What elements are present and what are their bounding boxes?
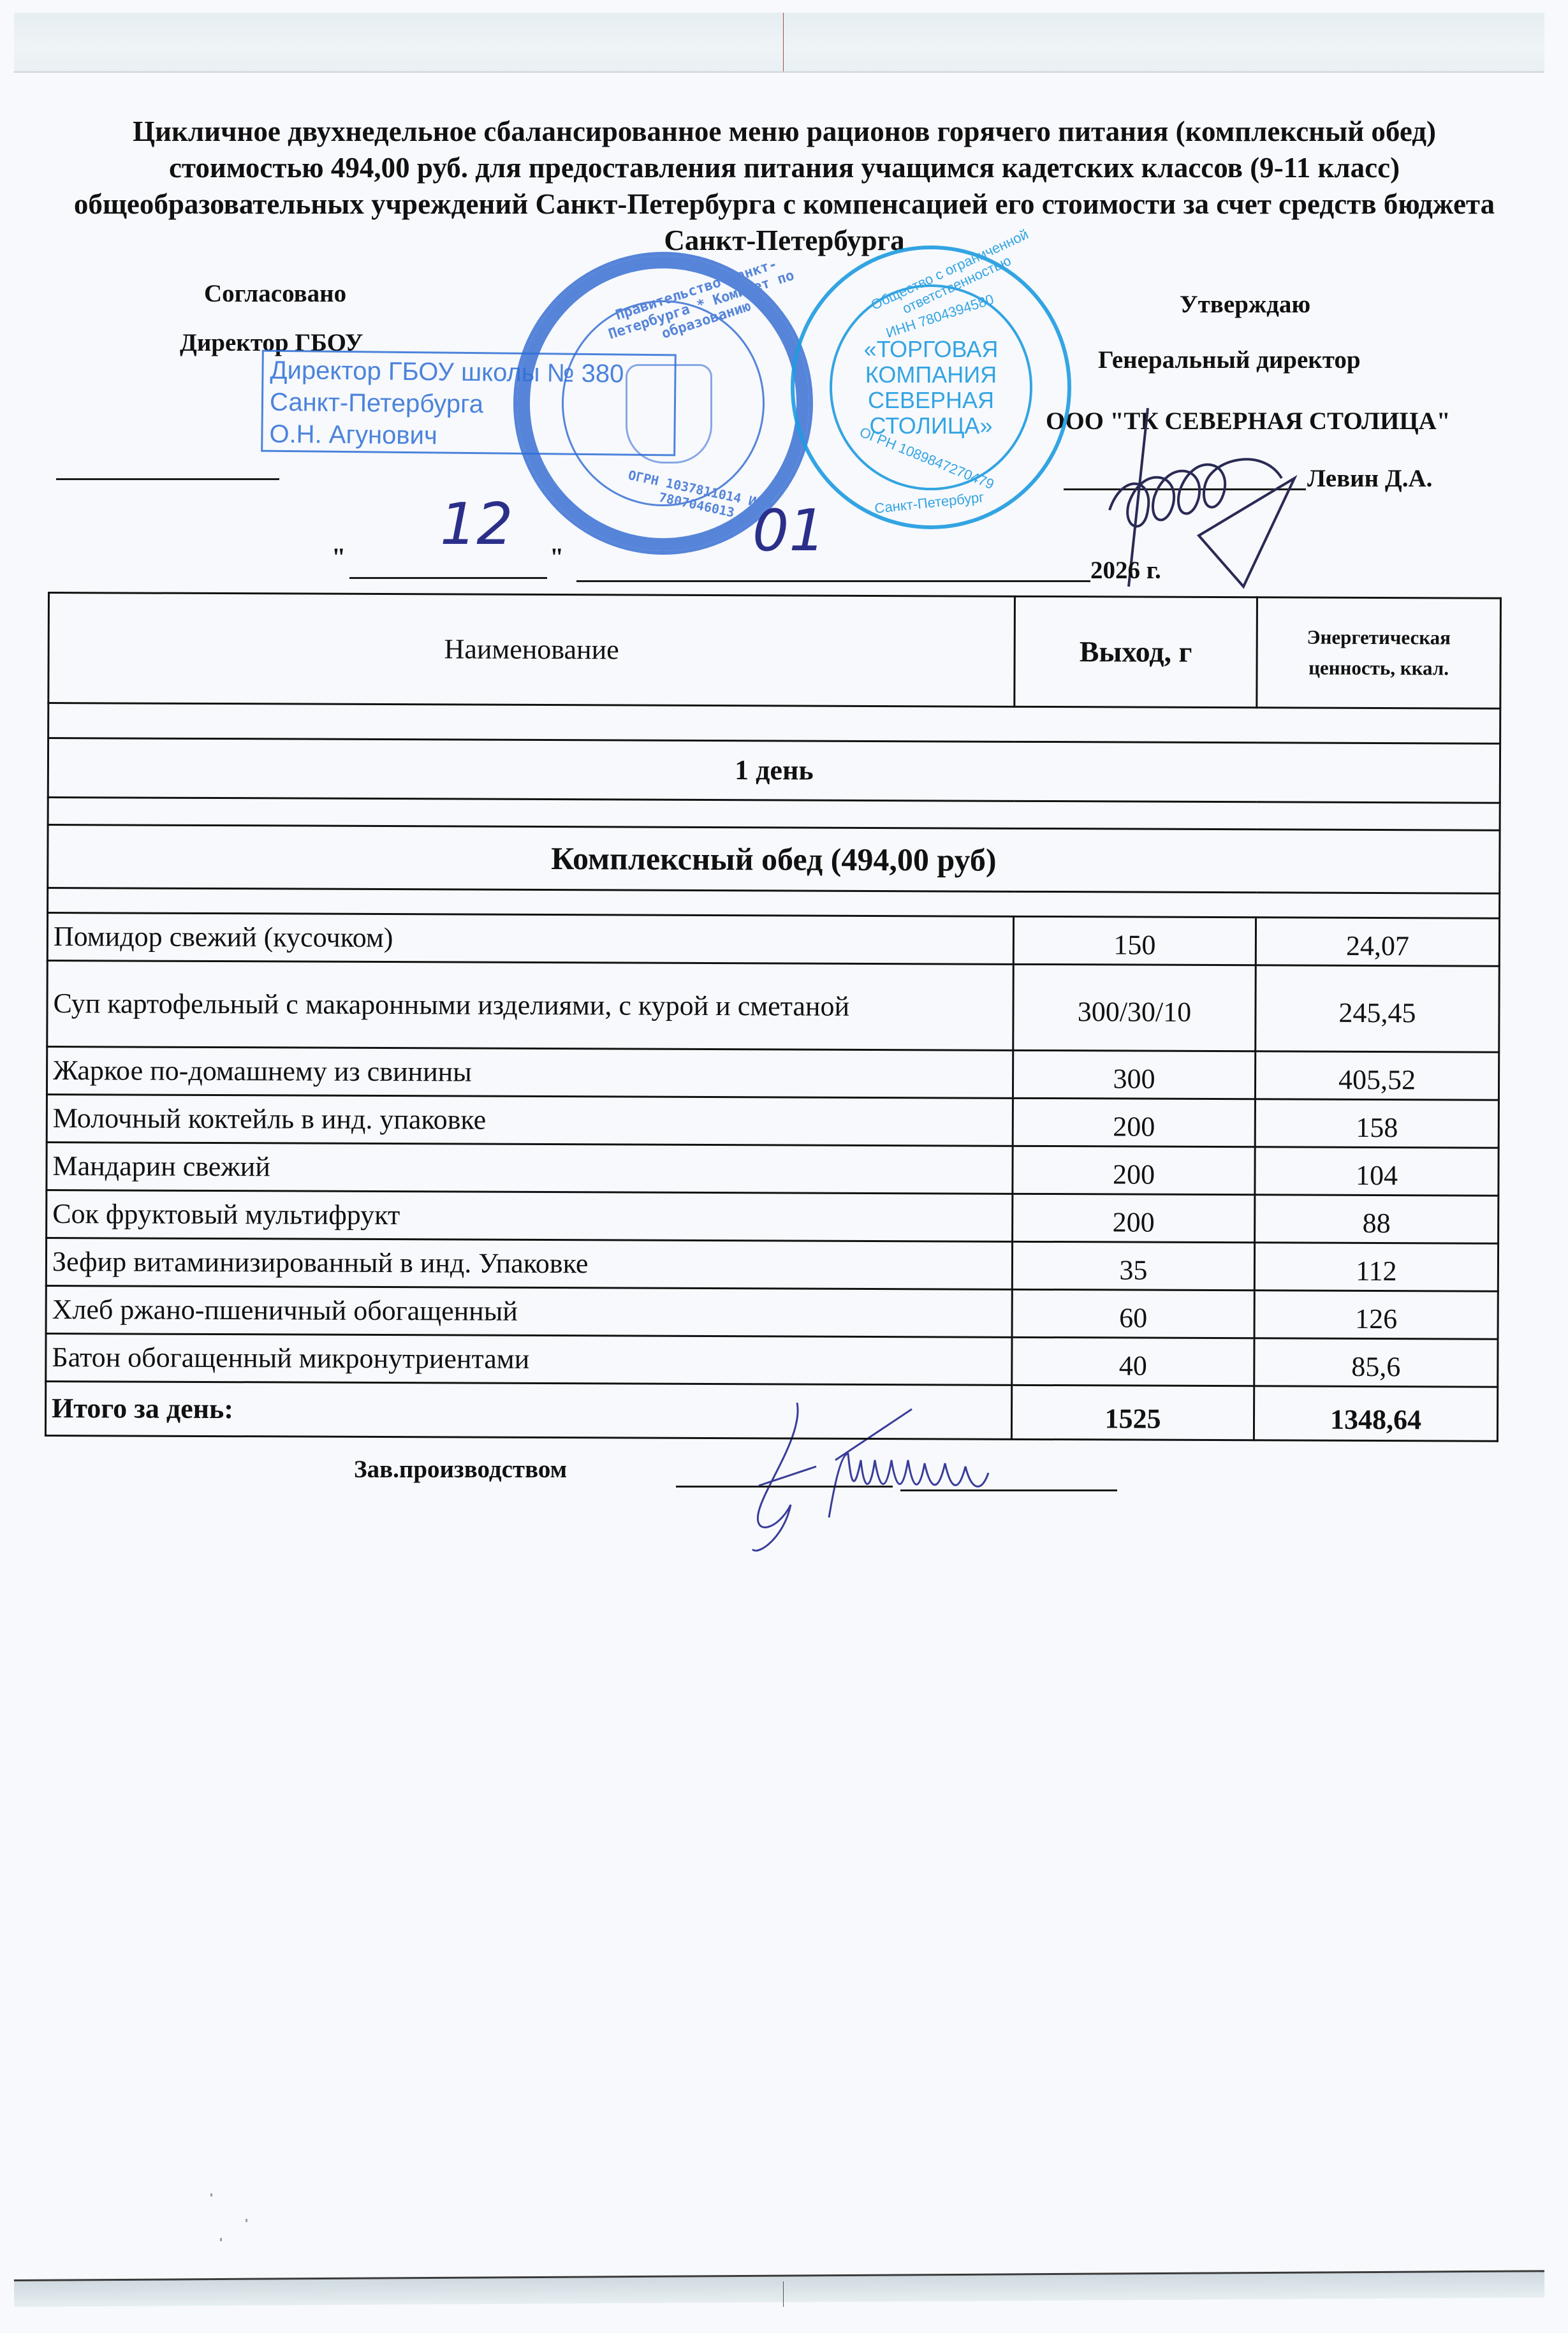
total-label: Итого за день:: [45, 1381, 1011, 1439]
approval-right-heading: Утверждаю: [1180, 290, 1310, 319]
stamp-line-2: Санкт-Петербурга: [270, 386, 668, 423]
header-energy: Энергетическая ценность, ккал.: [1257, 597, 1501, 708]
approval-left-heading: Согласовано: [204, 279, 346, 308]
scan-speck: [245, 2219, 247, 2222]
date-month-line: [576, 580, 1090, 582]
date-day-line: [349, 577, 547, 579]
table-header-row: Наименование Выход, г Энергетическая цен…: [48, 593, 1501, 709]
day-row: 1 день: [48, 738, 1500, 803]
fold-line-bottom: [783, 2281, 784, 2307]
item-energy: 405,52: [1255, 1051, 1498, 1100]
item-name: Сок фруктовый мультифрукт: [47, 1190, 1013, 1241]
item-energy: 85,6: [1254, 1338, 1498, 1387]
company-stamp-name: «ТОРГОВАЯ КОМПАНИЯ СЕВЕРНАЯ СТОЛИЦА»: [864, 337, 999, 439]
company-name-line-4: СТОЛИЦА»: [864, 413, 999, 439]
approval-right-position: Генеральный директор: [1098, 346, 1361, 374]
item-name: Батон обогащенный микронутриентами: [46, 1333, 1012, 1385]
table-row: Хлеб ржано-пшеничный обогащенный60126: [46, 1285, 1498, 1339]
item-name: Суп картофельный с макаронными изделиями…: [47, 961, 1014, 1051]
table-row: Жаркое по-домашнему из свинины300405,52: [47, 1047, 1498, 1101]
item-energy: 104: [1255, 1147, 1498, 1196]
item-energy: 126: [1254, 1291, 1498, 1339]
fold-line-top: [783, 13, 784, 71]
meal-row: Комплексный обед (494,00 руб): [48, 825, 1500, 894]
company-name-line-3: СЕВЕРНАЯ: [864, 388, 999, 413]
scan-speck: [210, 2193, 212, 2197]
meal-label: Комплексный обед (494,00 руб): [48, 825, 1500, 894]
production-head-label: Зав.производством: [354, 1455, 567, 1484]
item-yield: 35: [1012, 1241, 1254, 1290]
date-day: 12: [440, 491, 513, 558]
item-energy: 88: [1255, 1195, 1498, 1243]
table-row: Суп картофельный с макаронными изделиями…: [47, 961, 1500, 1053]
date-open-quote: ": [332, 542, 346, 572]
company-name-line-1: «ТОРГОВАЯ: [864, 337, 999, 362]
item-name: Жаркое по-домашнему из свинины: [47, 1047, 1013, 1099]
approval-left-signature-line: [56, 478, 279, 480]
header-name: Наименование: [48, 593, 1015, 707]
company-name-line-2: КОМПАНИЯ: [864, 362, 999, 388]
director-rectangular-stamp: Директор ГБОУ школы № 380 Санкт-Петербур…: [261, 350, 677, 457]
total-yield: 1525: [1011, 1385, 1254, 1440]
table-row: Помидор свежий (кусочком)15024,07: [47, 913, 1499, 967]
item-yield: 60: [1012, 1289, 1254, 1338]
item-name: Мандарин свежий: [47, 1142, 1013, 1194]
table-row: Батон обогащенный микронутриентами4085,6: [46, 1333, 1498, 1387]
company-round-stamp: Общество с ограниченной ответственностью…: [791, 245, 1071, 529]
table-row: Молочный коктейль в инд. упаковке200158: [47, 1095, 1498, 1148]
menu-table: Наименование Выход, г Энергетическая цен…: [45, 592, 1502, 1442]
item-yield: 200: [1013, 1146, 1255, 1194]
item-yield: 200: [1013, 1098, 1255, 1146]
item-yield: 200: [1013, 1194, 1255, 1242]
item-name: Зефир витаминизированный в инд. Упаковке: [46, 1238, 1012, 1289]
scan-speck: [220, 2238, 222, 2241]
header-yield: Выход, г: [1015, 596, 1257, 707]
item-name: Помидор свежий (кусочком): [47, 913, 1013, 965]
table-row: Мандарин свежий200104: [47, 1142, 1498, 1196]
spacer-row: [48, 703, 1500, 744]
total-row: Итого за день: 1525 1348,64: [45, 1381, 1497, 1441]
production-head-name-line: [900, 1489, 1117, 1491]
table-row: Зефир витаминизированный в инд. Упаковке…: [46, 1238, 1498, 1291]
scan-edge-bottom: [14, 2270, 1544, 2307]
item-yield: 150: [1013, 916, 1256, 965]
date-close-quote: ": [550, 542, 564, 572]
item-yield: 300: [1013, 1050, 1255, 1099]
item-name: Молочный коктейль в инд. упаковке: [47, 1095, 1013, 1146]
document-title: Цикличное двухнедельное сбалансированное…: [57, 113, 1511, 259]
item-name: Хлеб ржано-пшеничный обогащенный: [46, 1285, 1012, 1337]
item-yield: 40: [1012, 1337, 1254, 1386]
items-body: Помидор свежий (кусочком)15024,07Суп кар…: [46, 913, 1500, 1387]
date-year: 2026 г.: [1090, 556, 1161, 585]
stamp-line-1: Директор ГБОУ школы № 380: [270, 355, 668, 391]
stamp-line-3: О.Н. Агунович: [269, 418, 667, 455]
item-energy: 158: [1255, 1099, 1498, 1148]
table-row: Сок фруктовый мультифрукт20088: [47, 1190, 1498, 1243]
production-head-signature-line: [676, 1486, 893, 1488]
item-energy: 24,07: [1256, 918, 1499, 966]
scan-edge-top: [14, 13, 1544, 73]
item-yield: 300/30/10: [1013, 964, 1256, 1051]
item-energy: 112: [1254, 1243, 1498, 1291]
item-energy: 245,45: [1256, 965, 1500, 1052]
day-label: 1 день: [48, 738, 1500, 803]
total-energy: 1348,64: [1254, 1386, 1497, 1441]
date-month: 01: [752, 497, 826, 564]
company-stamp-city: Санкт-Петербург: [874, 489, 985, 517]
